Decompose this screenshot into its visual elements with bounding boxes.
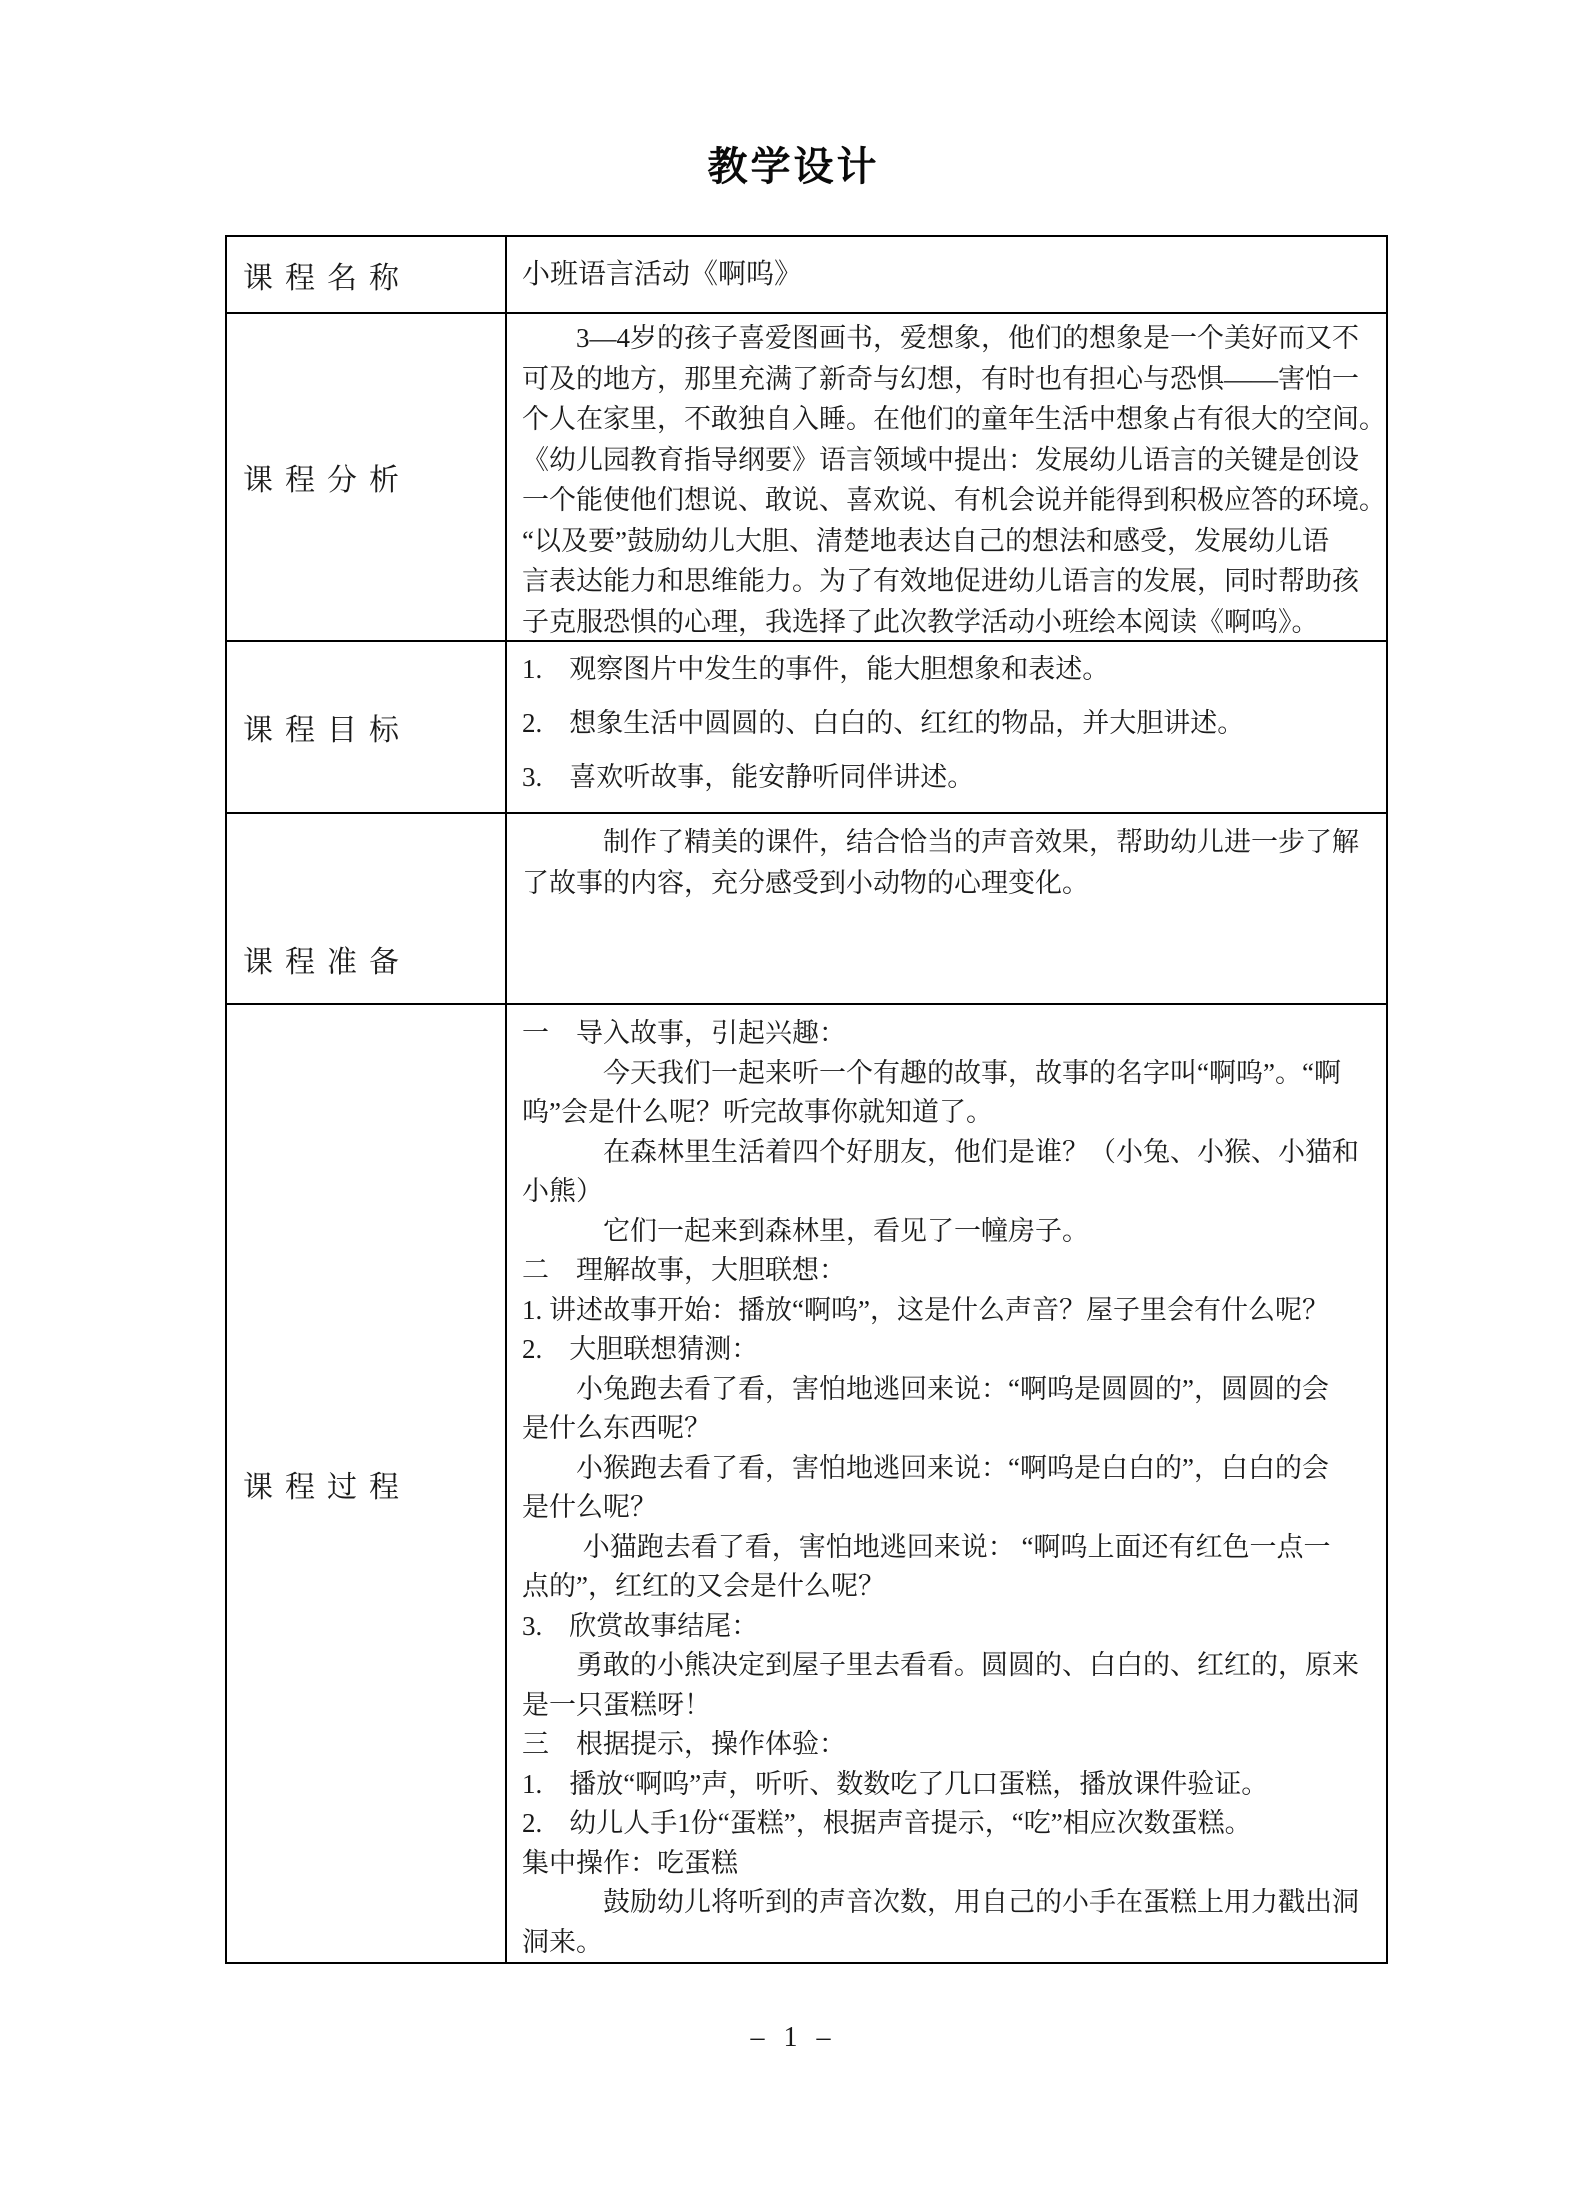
lesson-plan-table: 课程名称 小班语言活动《啊呜》 课程分析 3—4岁的孩子喜爱图画书，爱想象，他们…: [225, 235, 1388, 1964]
table-row-course-name: 课程名称 小班语言活动《啊呜》: [227, 237, 1386, 314]
row-content-course-process: 一 导入故事，引起兴趣： 今天我们一起来听一个有趣的故事，故事的名字叫“啊呜”。…: [507, 1005, 1386, 1962]
text-line: 集中操作：吃蛋糕: [522, 1844, 1382, 1884]
table-row-course-goals: 课程目标 1. 观察图片中发生的事件，能大胆想象和表述。2. 想象生活中圆圆的、…: [227, 642, 1386, 814]
text-line: 《幼儿园教育指导纲要》语言领域中提出：发展幼儿语言的关键是创设: [522, 440, 1382, 481]
text-line: 小兔跑去看了看，害怕地逃回来说：“啊呜是圆圆的”，圆圆的会: [522, 1370, 1382, 1410]
text-line: 子克服恐惧的心理，我选择了此次教学活动小班绘本阅读《啊呜》。: [522, 602, 1382, 641]
row-content-course-goals: 1. 观察图片中发生的事件，能大胆想象和表述。2. 想象生活中圆圆的、白白的、红…: [507, 642, 1386, 812]
row-label-course-analysis: 课程分析: [227, 314, 507, 640]
text-line: 勇敢的小熊决定到屋子里去看看。圆圆的、白白的、红红的，原来: [522, 1646, 1382, 1686]
text-line: 了故事的内容，充分感受到小动物的心理变化。: [522, 863, 1382, 904]
text-line: 言表达能力和思维能力。为了有效地促进幼儿语言的发展，同时帮助孩: [522, 561, 1382, 602]
text-line: 是什么呢？: [522, 1488, 1382, 1528]
text-line: 三 根据提示，操作体验：: [522, 1725, 1382, 1765]
text-line: 2. 幼儿人手1份“蛋糕”，根据声音提示，“吃”相应次数蛋糕。: [522, 1804, 1382, 1844]
page-number: – 1 –: [0, 2022, 1587, 2054]
row-label-course-process: 课程过程: [227, 1005, 507, 1962]
text-line: 1. 观察图片中发生的事件，能大胆想象和表述。: [522, 642, 1382, 696]
text-line: 呜”会是什么呢？听完故事你就知道了。: [522, 1093, 1382, 1133]
text-line: 一 导入故事，引起兴趣：: [522, 1014, 1382, 1054]
text-line: 2. 想象生活中圆圆的、白白的、红红的物品，并大胆讲述。: [522, 696, 1382, 750]
table-row-course-preparation: 课程准备 制作了精美的课件，结合恰当的声音效果，帮助幼儿进一步了解了故事的内容，…: [227, 814, 1386, 1005]
text-line: 在森林里生活着四个好朋友，他们是谁？（小兔、小猴、小猫和: [522, 1133, 1382, 1173]
text-line: 可及的地方，那里充满了新奇与幻想，有时也有担心与恐惧——害怕一: [522, 359, 1382, 400]
text-line: 1. 讲述故事开始：播放“啊呜”，这是什么声音？屋子里会有什么呢？: [522, 1291, 1382, 1331]
text-line: 是一只蛋糕呀！: [522, 1686, 1382, 1726]
text-line: 今天我们一起来听一个有趣的故事，故事的名字叫“啊呜”。“啊: [522, 1054, 1382, 1094]
page-title: 教学设计: [0, 145, 1587, 189]
text-line: 点的”，红红的又会是什么呢？: [522, 1567, 1382, 1607]
text-line: 一个能使他们想说、敢说、喜欢说、有机会说并能得到积极应答的环境。: [522, 480, 1382, 521]
text-line: 二 理解故事，大胆联想：: [522, 1251, 1382, 1291]
text-line: 小猫跑去看了看，害怕地逃回来说： “啊呜上面还有红色一点一: [522, 1528, 1382, 1568]
text-line: 2. 大胆联想猜测：: [522, 1330, 1382, 1370]
table-row-course-process: 课程过程 一 导入故事，引起兴趣： 今天我们一起来听一个有趣的故事，故事的名字叫…: [227, 1005, 1386, 1962]
row-label-course-goals: 课程目标: [227, 642, 507, 812]
row-label-course-preparation: 课程准备: [227, 814, 507, 1003]
text-line: 鼓励幼儿将听到的声音次数，用自己的小手在蛋糕上用力戳出洞: [522, 1883, 1382, 1923]
text-line: 3—4岁的孩子喜爱图画书，爱想象，他们的想象是一个美好而又不: [522, 318, 1382, 359]
text-line: “以及要”鼓励幼儿大胆、清楚地表达自己的想法和感受，发展幼儿语: [522, 521, 1382, 562]
table-row-course-analysis: 课程分析 3—4岁的孩子喜爱图画书，爱想象，他们的想象是一个美好而又不可及的地方…: [227, 314, 1386, 642]
text-line: 制作了精美的课件，结合恰当的声音效果，帮助幼儿进一步了解: [522, 822, 1382, 863]
text-line: 小班语言活动《啊呜》: [522, 258, 1382, 292]
text-line: 小熊）: [522, 1172, 1382, 1212]
row-content-course-name: 小班语言活动《啊呜》: [507, 237, 1386, 312]
text-line: 3. 欣赏故事结尾：: [522, 1607, 1382, 1647]
text-line: 3. 喜欢听故事，能安静听同伴讲述。: [522, 750, 1382, 804]
row-content-course-analysis: 3—4岁的孩子喜爱图画书，爱想象，他们的想象是一个美好而又不可及的地方，那里充满…: [507, 314, 1386, 640]
text-line: 个人在家里，不敢独自入睡。在他们的童年生活中想象占有很大的空间。: [522, 399, 1382, 440]
text-line: 小猴跑去看了看，害怕地逃回来说：“啊呜是白白的”，白白的会: [522, 1449, 1382, 1489]
text-line: 是什么东西呢？: [522, 1409, 1382, 1449]
row-label-course-name: 课程名称: [227, 237, 507, 312]
text-line: 1. 播放“啊呜”声，听听、数数吃了几口蛋糕，播放课件验证。: [522, 1765, 1382, 1805]
text-line: 洞来。: [522, 1923, 1382, 1963]
row-content-course-preparation: 制作了精美的课件，结合恰当的声音效果，帮助幼儿进一步了解了故事的内容，充分感受到…: [507, 814, 1386, 1003]
text-line: 它们一起来到森林里，看见了一幢房子。: [522, 1212, 1382, 1252]
